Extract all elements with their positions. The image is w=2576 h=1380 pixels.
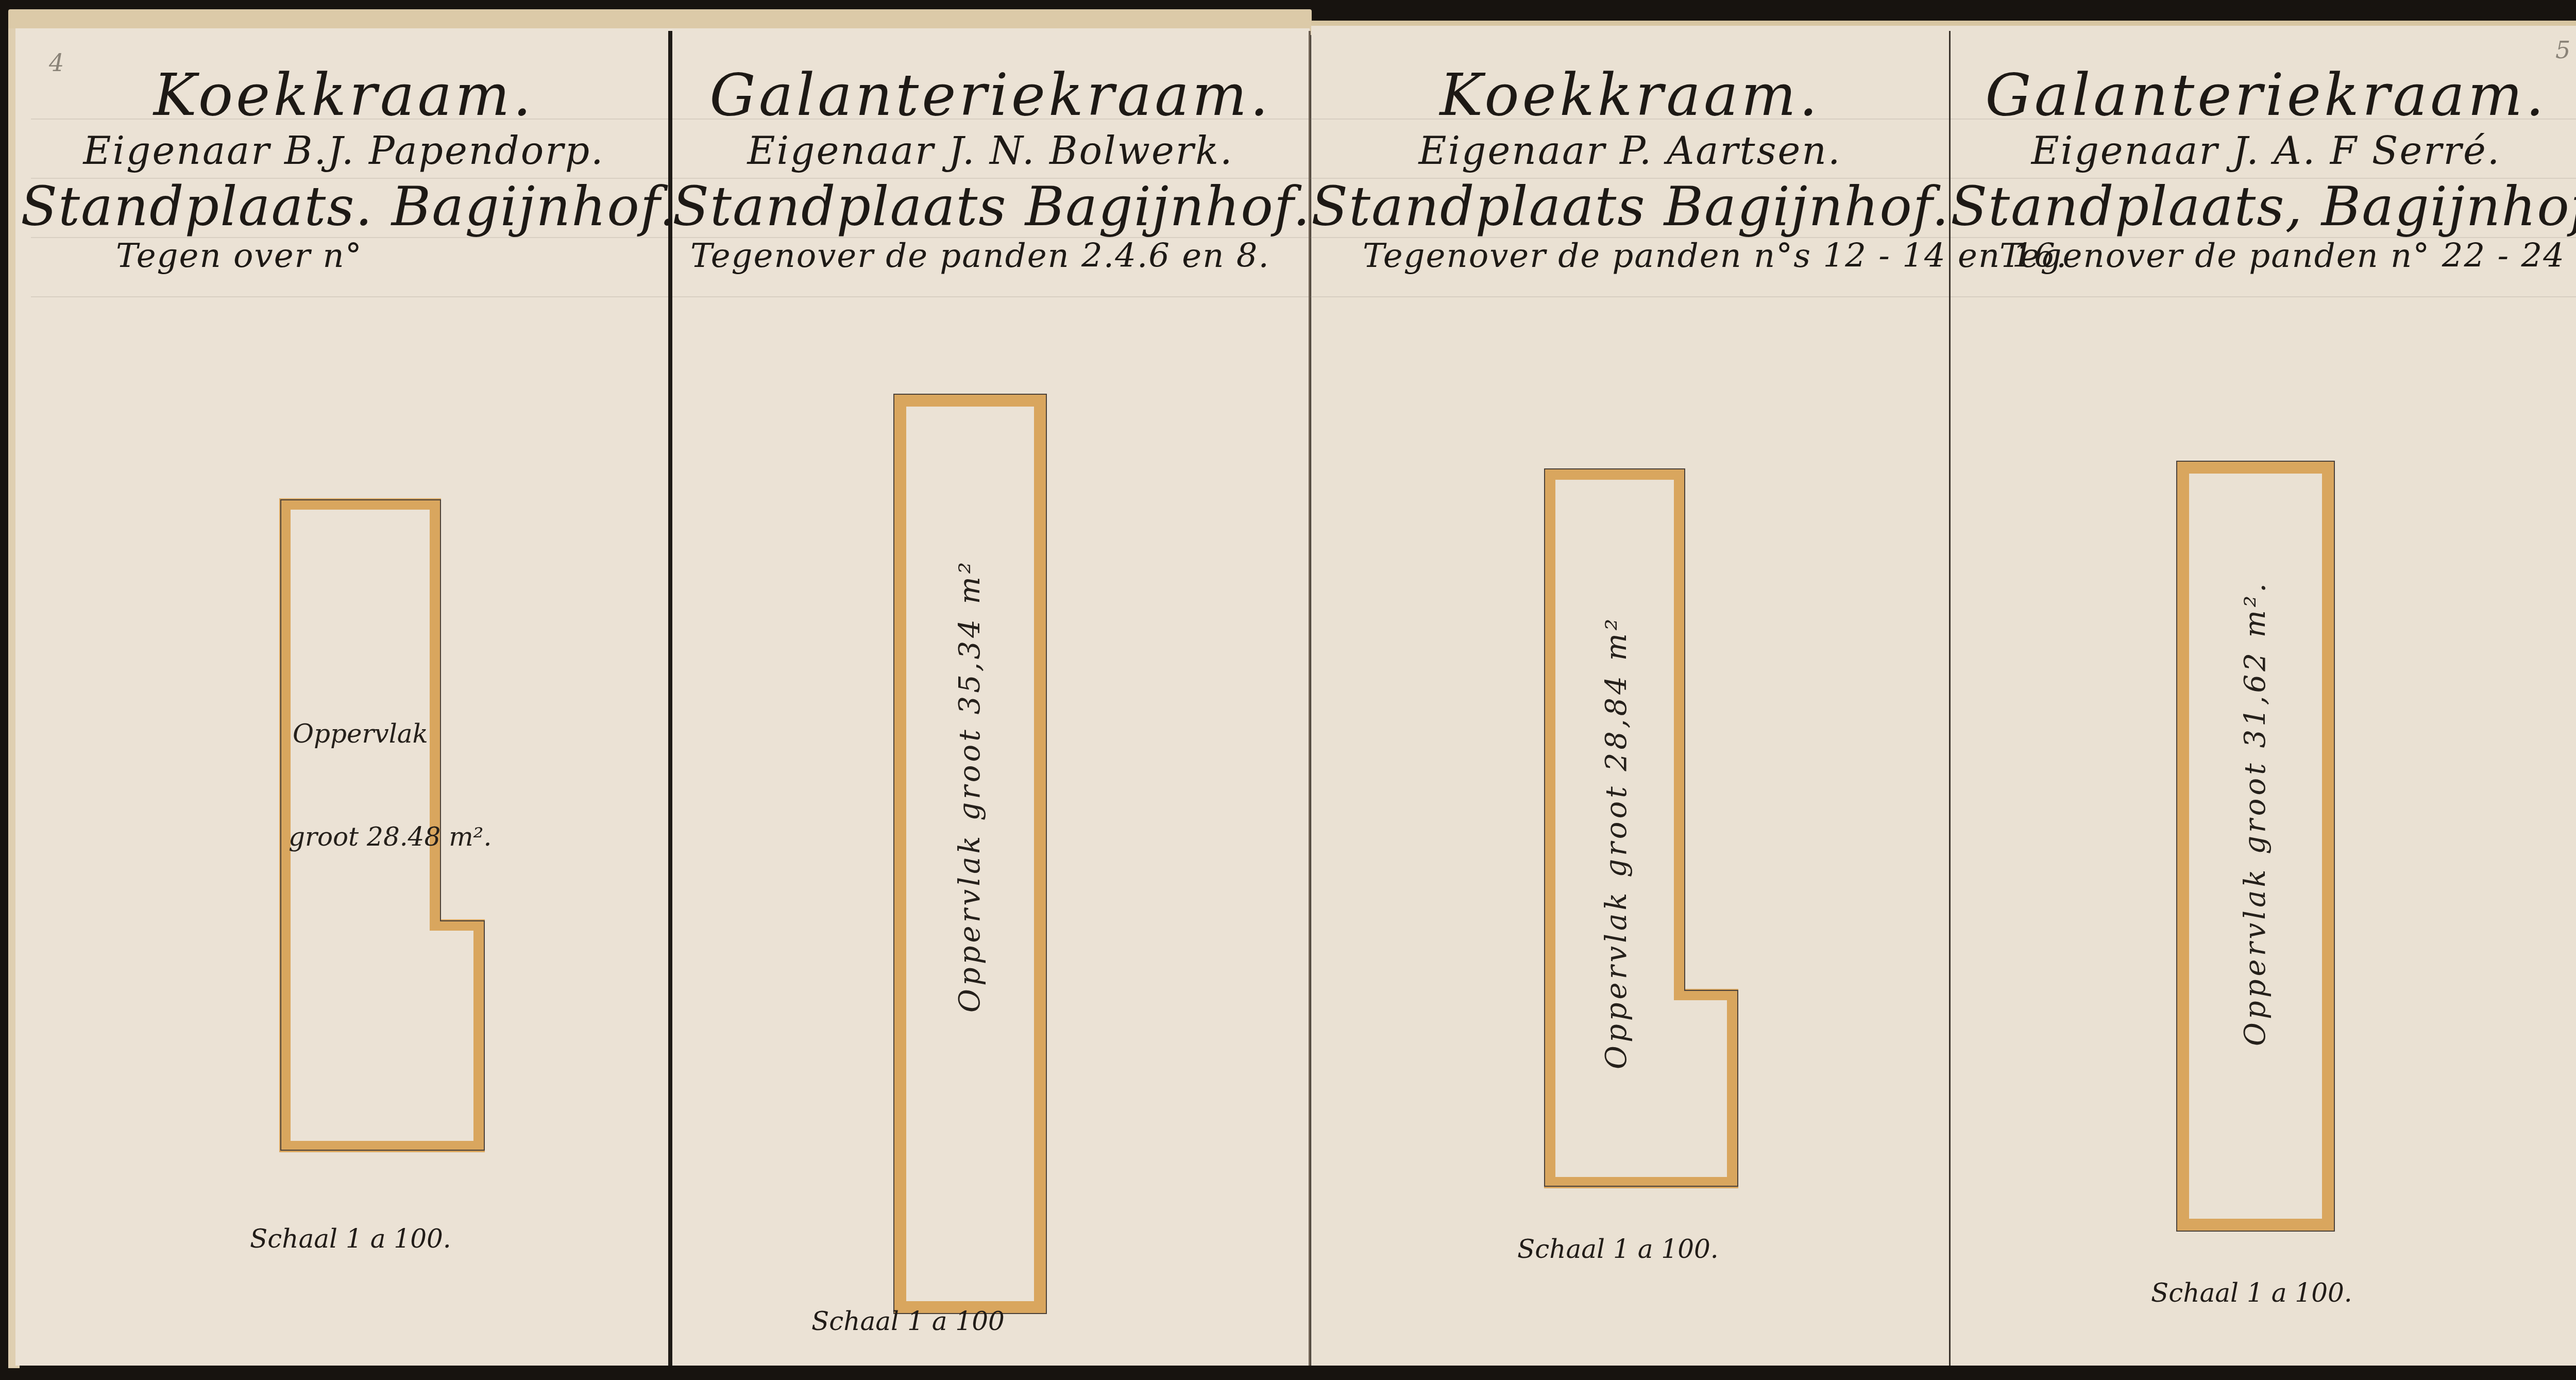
opposite-line: Tegenover de panden 2.4.6 en 8. xyxy=(690,237,1309,275)
owner-line: Eigenaar J. A. F Serré. xyxy=(1951,129,2576,173)
scale-label: Schaal 1 a 100 xyxy=(811,1306,1005,1336)
area-label: Oppervlak xyxy=(293,719,428,749)
owner-line: Eigenaar P. Aartsen. xyxy=(1311,129,1949,173)
opposite-line: Tegen over n° xyxy=(116,237,667,275)
location-line: Standplaats. Bagijnhof. xyxy=(21,175,667,238)
opposite-line: Tegenover de panden n°s 12 - 14 en 16. xyxy=(1363,237,1949,275)
stall-floorplan-3 xyxy=(1545,469,1740,1188)
location-line: Standplaats, Bagijnhof. xyxy=(1951,175,2576,238)
opposite-line: Tegenover de panden n° 22 - 24 en 26. xyxy=(1999,237,2576,275)
scale-label: Schaal 1 a 100. xyxy=(2151,1278,2352,1308)
area-label: groot 28.48 m². xyxy=(289,822,492,852)
area-label: Oppervlak groot 28,84 m² xyxy=(1600,657,1636,1069)
owner-line: Eigenaar J. N. Bolwerk. xyxy=(672,129,1309,173)
owner-line: Eigenaar B.J. Papendorp. xyxy=(21,129,667,173)
area-label: Oppervlak groot 31,62 m². xyxy=(2239,644,2275,1046)
scale-label: Schaal 1 a 100. xyxy=(250,1224,451,1254)
stall-type-title: Koekkraam. xyxy=(1311,62,1949,129)
area-label: Oppervlak groot 35,34 m² xyxy=(953,580,989,1013)
scale-label: Schaal 1 a 100. xyxy=(1517,1234,1719,1264)
stall-type-title: Galanteriekraam. xyxy=(1951,62,2576,129)
stall-type-title: Galanteriekraam. xyxy=(672,62,1309,129)
location-line: Standplaats Bagijnhof. xyxy=(672,175,1309,238)
location-line: Standplaats Bagijnhof. xyxy=(1311,175,1949,238)
stall-type-title: Koekkraam. xyxy=(21,62,667,129)
